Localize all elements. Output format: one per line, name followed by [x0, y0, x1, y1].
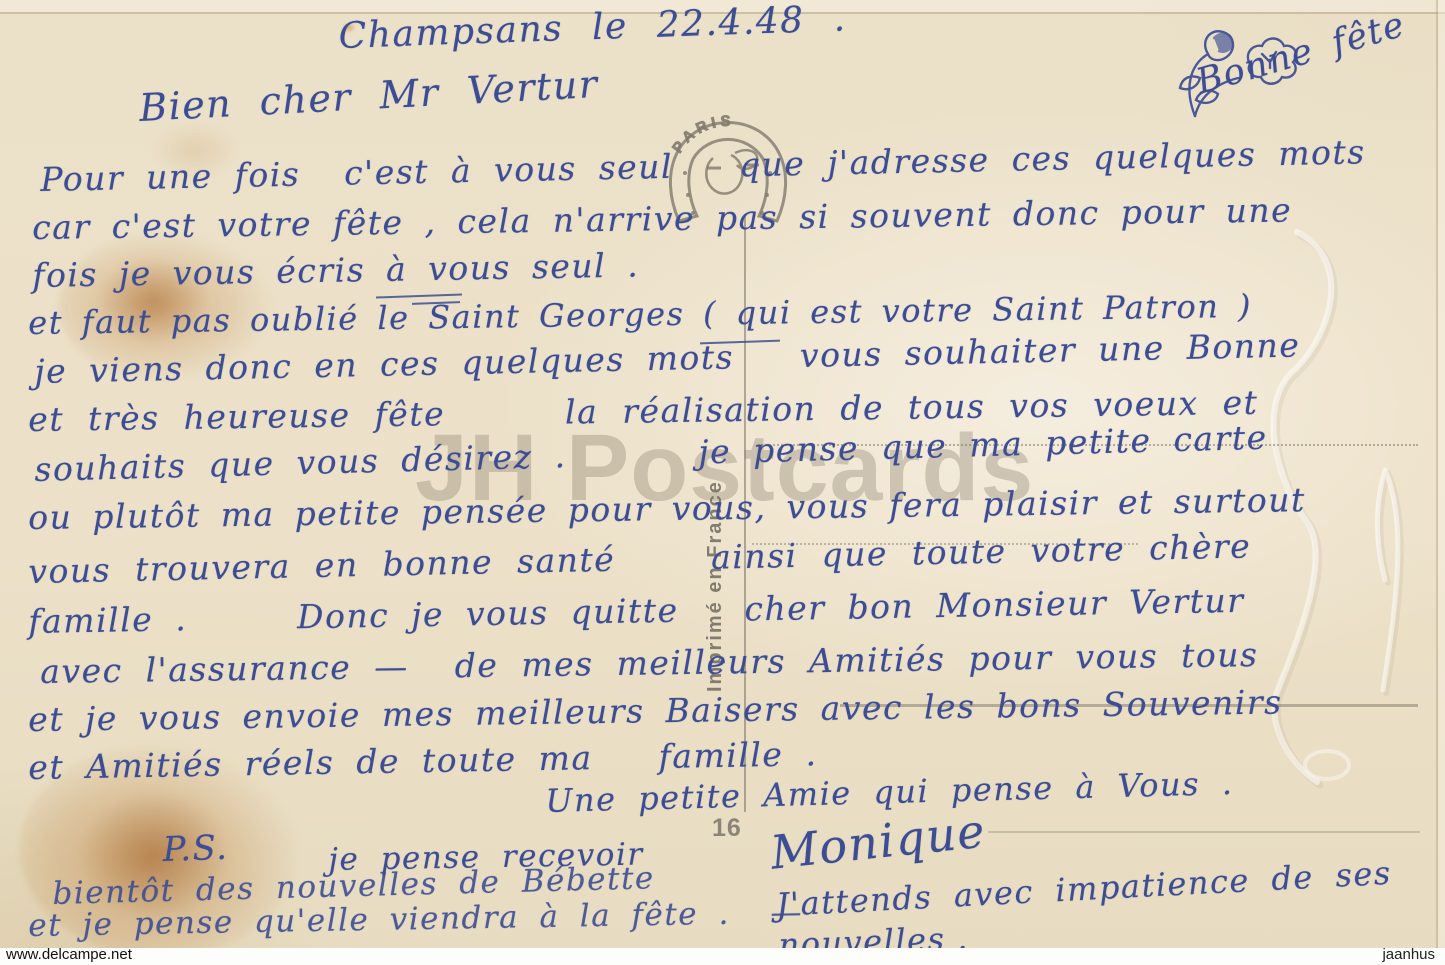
footer-bar	[0, 948, 1445, 965]
postcard-scan: Imprimé en France 16 PARIS	[0, 0, 1445, 965]
address-line	[988, 831, 1420, 833]
handwriting-line: car c'est votre fête , cela n'arrive pas…	[32, 190, 1292, 247]
watermark-seller: jaanhus	[1382, 946, 1435, 963]
handwriting-line: vous trouvera en bonne santé ainsi que t…	[28, 526, 1252, 591]
handwriting-greeting: Bien cher Mr Vertur	[138, 62, 599, 130]
card-number: 16	[712, 814, 742, 843]
handwriting-line: famille . Donc je vous quitte cher bon M…	[28, 581, 1245, 641]
handwriting-signature: Monique	[768, 803, 988, 879]
handwriting-ps-label: P.S.	[162, 828, 229, 870]
handwriting-line: et je vous envoie mes meilleurs Baisers …	[28, 682, 1283, 739]
handwriting-line: avec l'assurance — de mes meilleurs Amit…	[40, 635, 1259, 691]
watermark-url: www.delcampe.net	[6, 946, 132, 963]
